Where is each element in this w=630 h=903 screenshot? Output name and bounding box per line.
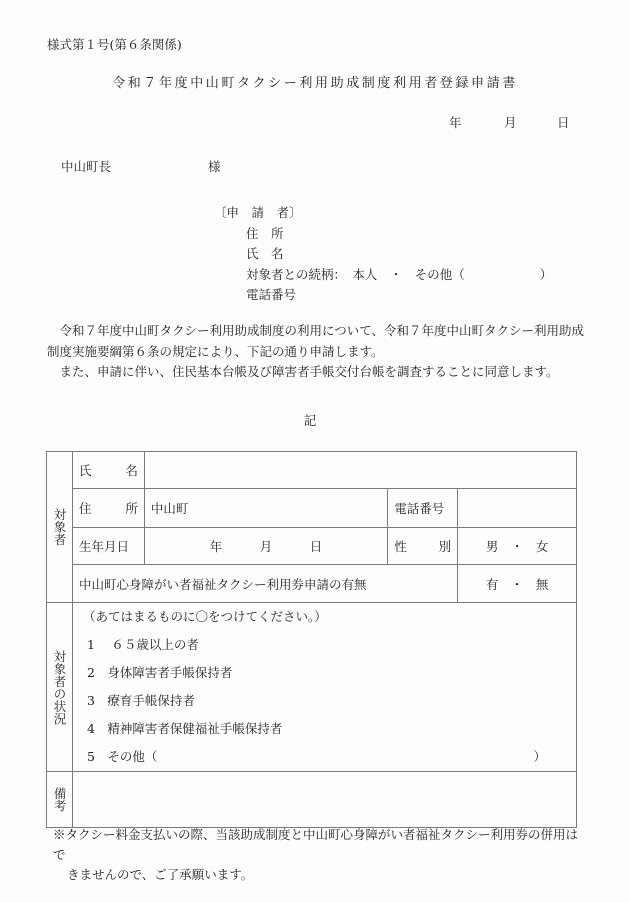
footnote: ※タクシー料金支払いの際、当該助成制度と中山町心身障がい者福祉タクシー利用券の併… [53,825,583,885]
status-item-4[interactable]: 4 精神障害者保健福祉手帳保持者 [87,715,570,743]
ticket-field[interactable]: 有 ・ 無 [458,565,577,603]
addressee-honorific: 様 [208,157,221,175]
statement-paragraph-2: また、申請に伴い、住民基本台帳及び障害者手帳交付台帳を調査することに同意します。 [47,362,587,383]
phone-field[interactable] [458,489,577,528]
date-year-label: 年 [449,113,462,131]
ticket-label: 中山町心身障がい者福祉タクシー利用券申請の有無 [72,565,457,603]
address-label: 住所 [72,489,144,528]
date-day-label: 日 [557,113,570,131]
name-label: 氏名 [72,452,144,489]
status-item-3[interactable]: 3 療育手帳保持者 [87,687,570,715]
gender-label: 性別 [388,528,458,565]
application-table: 対象者 氏名 住所 中山町 電話番号 生年月日 年 月 日 性別 男 ・ 女 中… [46,451,577,828]
remarks-field[interactable] [72,772,576,828]
applicant-name-label: 氏 名 [214,244,552,265]
application-statement: 令和７年度中山町タクシー利用助成制度の利用について、令和７年度中山町タクシー利用… [47,321,587,383]
footnote-line-1: ※タクシー料金支払いの際、当該助成制度と中山町心身障がい者福祉タクシー利用券の併… [53,825,583,865]
applicant-block: 〔申 請 者〕 住 所 氏 名 対象者との続柄： 本人 ・ その他（ ） 電話番… [214,203,552,306]
phone-label: 電話番号 [388,489,458,528]
status-item-5[interactable]: 5 その他（） [87,743,570,771]
remarks-label: 備考 [47,772,73,828]
status-item-1[interactable]: 1 ６５歳以上の者 [87,631,570,659]
date-month-label: 月 [504,113,517,131]
footnote-line-2: きませんので、ご了承願います。 [53,865,583,885]
status-label: 対象者の状況 [47,603,73,772]
status-item-2[interactable]: 2 身体障害者手帳保持者 [87,659,570,687]
status-cell: （あてはまるものに〇をつけてください。） 1 ６５歳以上の者 2 身体障害者手帳… [72,603,576,772]
status-instruction: （あてはまるものに〇をつけてください。） [83,603,570,631]
gender-field[interactable]: 男 ・ 女 [458,528,577,565]
address-field[interactable]: 中山町 [144,489,387,528]
statement-paragraph-1: 令和７年度中山町タクシー利用助成制度の利用について、令和７年度中山町タクシー利用… [47,321,587,362]
applicant-relation-label: 対象者との続柄： 本人 ・ その他（ ） [214,265,552,286]
applicant-header: 〔申 請 者〕 [214,203,552,224]
ki-heading: 記 [0,411,620,429]
applicant-address-label: 住 所 [214,224,552,245]
applicant-phone-label: 電話番号 [214,285,552,306]
subject-label: 対象者 [47,452,73,603]
name-field[interactable] [144,452,576,489]
birth-label: 生年月日 [72,528,144,565]
page-title: 令和７年度中山町タクシー利用助成制度利用者登録申請書 [0,72,630,91]
addressee: 中山町長 [61,157,111,175]
birth-field[interactable]: 年 月 日 [144,528,387,565]
form-number: 様式第１号(第６条関係) [47,35,182,53]
